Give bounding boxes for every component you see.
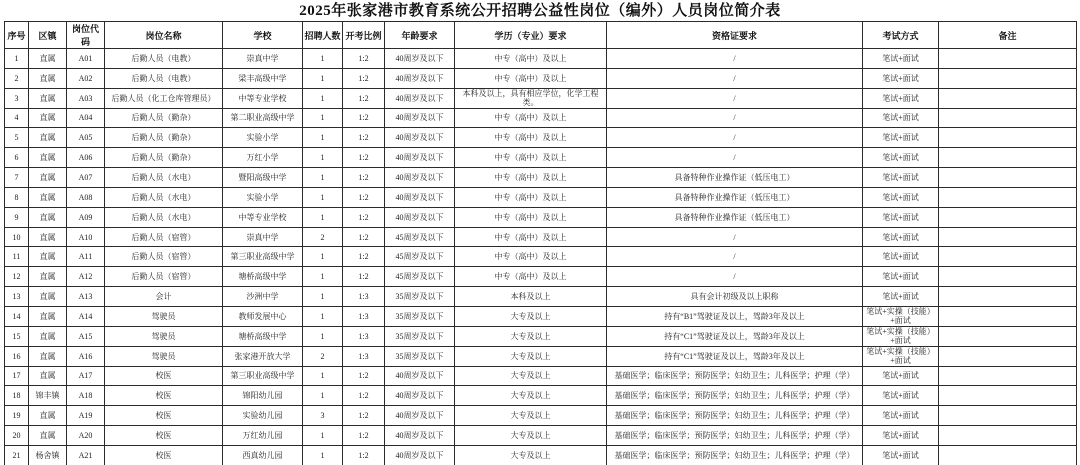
cell-certificate: 基础医学；临床医学；预防医学；妇幼卫生；儿科医学；护理（学） bbox=[607, 445, 863, 465]
cell-seq: 20 bbox=[5, 426, 29, 446]
cell-remark bbox=[939, 168, 1077, 188]
table-row: 14直属A14驾驶员教师发展中心11:335周岁及以下大专及以上持有“B1”驾驶… bbox=[5, 306, 1077, 326]
cell-school: 张家港开放大学 bbox=[223, 346, 303, 366]
cell-code: A16 bbox=[67, 346, 105, 366]
cell-school: 沙洲中学 bbox=[223, 287, 303, 307]
cell-education: 中专（高中）及以上 bbox=[455, 207, 607, 227]
column-header-remark: 备注 bbox=[939, 22, 1077, 49]
cell-school: 崇真中学 bbox=[223, 227, 303, 247]
table-row: 10直属A10后勤人员（宿管）崇真中学21:245周岁及以下中专（高中）及以上/… bbox=[5, 227, 1077, 247]
cell-headcount: 1 bbox=[303, 426, 343, 446]
cell-education: 中专（高中）及以上 bbox=[455, 227, 607, 247]
cell-seq: 18 bbox=[5, 386, 29, 406]
cell-certificate: / bbox=[607, 247, 863, 267]
table-row: 16直属A16驾驶员张家港开放大学21:335周岁及以下大专及以上持有“C1”驾… bbox=[5, 346, 1077, 366]
cell-ratio: 1:2 bbox=[343, 386, 385, 406]
cell-headcount: 1 bbox=[303, 326, 343, 346]
cell-education: 大专及以上 bbox=[455, 406, 607, 426]
cell-ratio: 1:2 bbox=[343, 445, 385, 465]
cell-code: A17 bbox=[67, 366, 105, 386]
cell-education: 中专（高中）及以上 bbox=[455, 49, 607, 69]
cell-district: 直属 bbox=[29, 187, 67, 207]
column-header-seq: 序号 bbox=[5, 22, 29, 49]
cell-code: A20 bbox=[67, 426, 105, 446]
cell-code: A07 bbox=[67, 168, 105, 188]
table-row: 21杨舍镇A21校医西真幼儿园11:240周岁及以下大专及以上基础医学；临床医学… bbox=[5, 445, 1077, 465]
cell-remark bbox=[939, 68, 1077, 88]
cell-remark bbox=[939, 346, 1077, 366]
cell-position: 后勤人员（电教） bbox=[105, 49, 223, 69]
table-row: 8直属A08后勤人员（水电）实验小学11:240周岁及以下中专（高中）及以上具备… bbox=[5, 187, 1077, 207]
cell-district: 直属 bbox=[29, 88, 67, 108]
cell-school: 塘桥高级中学 bbox=[223, 326, 303, 346]
cell-district: 锦丰镇 bbox=[29, 386, 67, 406]
page-title: 2025年张家港市教育系统公开招聘公益性岗位（编外）人员岗位简介表 bbox=[0, 0, 1080, 21]
cell-age: 40周岁及以下 bbox=[385, 148, 455, 168]
cell-education: 大专及以上 bbox=[455, 426, 607, 446]
cell-district: 直属 bbox=[29, 346, 67, 366]
cell-headcount: 1 bbox=[303, 49, 343, 69]
cell-ratio: 1:2 bbox=[343, 366, 385, 386]
cell-certificate: 具备特种作业操作证（低压电工） bbox=[607, 207, 863, 227]
cell-age: 40周岁及以下 bbox=[385, 88, 455, 108]
cell-position: 后勤人员（水电） bbox=[105, 207, 223, 227]
table-row: 7直属A07后勤人员（水电）暨阳高级中学11:240周岁及以下中专（高中）及以上… bbox=[5, 168, 1077, 188]
cell-headcount: 1 bbox=[303, 247, 343, 267]
cell-headcount: 1 bbox=[303, 68, 343, 88]
cell-school: 西真幼儿园 bbox=[223, 445, 303, 465]
cell-age: 35周岁及以下 bbox=[385, 326, 455, 346]
cell-school: 教师发展中心 bbox=[223, 306, 303, 326]
cell-code: A03 bbox=[67, 88, 105, 108]
cell-ratio: 1:2 bbox=[343, 49, 385, 69]
cell-code: A18 bbox=[67, 386, 105, 406]
cell-district: 直属 bbox=[29, 426, 67, 446]
cell-seq: 10 bbox=[5, 227, 29, 247]
cell-ratio: 1:2 bbox=[343, 426, 385, 446]
cell-school: 第二职业高级中学 bbox=[223, 108, 303, 128]
cell-age: 35周岁及以下 bbox=[385, 306, 455, 326]
cell-remark bbox=[939, 108, 1077, 128]
cell-remark bbox=[939, 287, 1077, 307]
cell-education: 大专及以上 bbox=[455, 366, 607, 386]
cell-seq: 1 bbox=[5, 49, 29, 69]
cell-education: 大专及以上 bbox=[455, 445, 607, 465]
cell-seq: 11 bbox=[5, 247, 29, 267]
cell-certificate: / bbox=[607, 49, 863, 69]
table-row: 4直属A04后勤人员（勤杂）第二职业高级中学11:240周岁及以下中专（高中）及… bbox=[5, 108, 1077, 128]
cell-position: 校医 bbox=[105, 386, 223, 406]
cell-remark bbox=[939, 88, 1077, 108]
cell-district: 直属 bbox=[29, 247, 67, 267]
cell-certificate: / bbox=[607, 68, 863, 88]
cell-headcount: 1 bbox=[303, 128, 343, 148]
cell-ratio: 1:2 bbox=[343, 187, 385, 207]
table-row: 17直属A17校医第三职业高级中学11:240周岁及以下大专及以上基础医学；临床… bbox=[5, 366, 1077, 386]
cell-school: 实验幼儿园 bbox=[223, 406, 303, 426]
cell-ratio: 1:2 bbox=[343, 88, 385, 108]
cell-seq: 13 bbox=[5, 287, 29, 307]
cell-headcount: 1 bbox=[303, 108, 343, 128]
cell-certificate: / bbox=[607, 108, 863, 128]
cell-age: 40周岁及以下 bbox=[385, 406, 455, 426]
cell-district: 直属 bbox=[29, 148, 67, 168]
cell-district: 直属 bbox=[29, 207, 67, 227]
cell-school: 第三职业高级中学 bbox=[223, 366, 303, 386]
cell-code: A14 bbox=[67, 306, 105, 326]
cell-age: 40周岁及以下 bbox=[385, 445, 455, 465]
cell-district: 直属 bbox=[29, 128, 67, 148]
cell-district: 直属 bbox=[29, 108, 67, 128]
cell-ratio: 1:3 bbox=[343, 306, 385, 326]
column-header-position: 岗位名称 bbox=[105, 22, 223, 49]
cell-exam: 笔试+实操（技能）+面试 bbox=[863, 326, 939, 346]
cell-age: 40周岁及以下 bbox=[385, 108, 455, 128]
cell-certificate: 持有“C1”驾驶证及以上，驾龄3年及以上 bbox=[607, 326, 863, 346]
cell-remark bbox=[939, 445, 1077, 465]
cell-exam: 笔试+面试 bbox=[863, 128, 939, 148]
table-row: 20直属A20校医万红幼儿园11:240周岁及以下大专及以上基础医学；临床医学；… bbox=[5, 426, 1077, 446]
cell-headcount: 1 bbox=[303, 445, 343, 465]
cell-certificate: 基础医学；临床医学；预防医学；妇幼卫生；儿科医学；护理（学） bbox=[607, 366, 863, 386]
cell-seq: 8 bbox=[5, 187, 29, 207]
cell-headcount: 1 bbox=[303, 207, 343, 227]
cell-position: 后勤人员（化工仓库管理员） bbox=[105, 88, 223, 108]
cell-certificate: / bbox=[607, 88, 863, 108]
cell-age: 40周岁及以下 bbox=[385, 386, 455, 406]
cell-seq: 4 bbox=[5, 108, 29, 128]
cell-education: 中专（高中）及以上 bbox=[455, 108, 607, 128]
cell-exam: 笔试+面试 bbox=[863, 88, 939, 108]
cell-school: 暨阳高级中学 bbox=[223, 168, 303, 188]
table-row: 15直属A15驾驶员塘桥高级中学11:335周岁及以下大专及以上持有“C1”驾驶… bbox=[5, 326, 1077, 346]
cell-exam: 笔试+面试 bbox=[863, 426, 939, 446]
cell-remark bbox=[939, 366, 1077, 386]
cell-certificate: 持有“B1”驾驶证及以上，驾龄3年及以上 bbox=[607, 306, 863, 326]
cell-headcount: 1 bbox=[303, 88, 343, 108]
cell-age: 45周岁及以下 bbox=[385, 247, 455, 267]
cell-code: A11 bbox=[67, 247, 105, 267]
cell-remark bbox=[939, 49, 1077, 69]
table-row: 3直属A03后勤人员（化工仓库管理员）中等专业学校11:240周岁及以下本科及以… bbox=[5, 88, 1077, 108]
table-row: 13直属A13会计沙洲中学11:335周岁及以下本科及以上具有会计初级及以上职称… bbox=[5, 287, 1077, 307]
job-roster-table: 序号区镇岗位代码岗位名称学校招聘人数开考比例年龄要求学历（专业）要求资格证要求考… bbox=[4, 21, 1077, 465]
cell-ratio: 1:2 bbox=[343, 168, 385, 188]
cell-position: 后勤人员（水电） bbox=[105, 168, 223, 188]
cell-headcount: 1 bbox=[303, 366, 343, 386]
cell-position: 驾驶员 bbox=[105, 346, 223, 366]
cell-code: A15 bbox=[67, 326, 105, 346]
cell-position: 校医 bbox=[105, 426, 223, 446]
cell-age: 45周岁及以下 bbox=[385, 227, 455, 247]
cell-position: 校医 bbox=[105, 406, 223, 426]
cell-exam: 笔试+面试 bbox=[863, 207, 939, 227]
cell-exam: 笔试+面试 bbox=[863, 187, 939, 207]
cell-remark bbox=[939, 227, 1077, 247]
cell-code: A21 bbox=[67, 445, 105, 465]
cell-education: 本科及以上，具有相应学位，化学工程类。 bbox=[455, 88, 607, 108]
column-header-school: 学校 bbox=[223, 22, 303, 49]
cell-exam: 笔试+面试 bbox=[863, 168, 939, 188]
cell-district: 直属 bbox=[29, 168, 67, 188]
cell-seq: 21 bbox=[5, 445, 29, 465]
cell-position: 驾驶员 bbox=[105, 326, 223, 346]
cell-headcount: 1 bbox=[303, 287, 343, 307]
cell-headcount: 3 bbox=[303, 406, 343, 426]
cell-district: 直属 bbox=[29, 306, 67, 326]
cell-exam: 笔试+面试 bbox=[863, 49, 939, 69]
cell-education: 中专（高中）及以上 bbox=[455, 187, 607, 207]
cell-code: A01 bbox=[67, 49, 105, 69]
cell-school: 实验小学 bbox=[223, 187, 303, 207]
cell-school: 万红小学 bbox=[223, 148, 303, 168]
header-row: 序号区镇岗位代码岗位名称学校招聘人数开考比例年龄要求学历（专业）要求资格证要求考… bbox=[5, 22, 1077, 49]
cell-school: 崇真中学 bbox=[223, 49, 303, 69]
cell-ratio: 1:2 bbox=[343, 227, 385, 247]
cell-seq: 2 bbox=[5, 68, 29, 88]
table-row: 9直属A09后勤人员（水电）中等专业学校11:240周岁及以下中专（高中）及以上… bbox=[5, 207, 1077, 227]
cell-district: 杨舍镇 bbox=[29, 445, 67, 465]
cell-age: 40周岁及以下 bbox=[385, 207, 455, 227]
cell-certificate: 持有“C1”驾驶证及以上，驾龄3年及以上 bbox=[607, 346, 863, 366]
cell-headcount: 1 bbox=[303, 267, 343, 287]
cell-exam: 笔试+面试 bbox=[863, 366, 939, 386]
cell-seq: 12 bbox=[5, 267, 29, 287]
cell-position: 会计 bbox=[105, 287, 223, 307]
cell-district: 直属 bbox=[29, 49, 67, 69]
cell-education: 中专（高中）及以上 bbox=[455, 68, 607, 88]
cell-school: 塘桥高级中学 bbox=[223, 267, 303, 287]
cell-position: 后勤人员（宿管） bbox=[105, 227, 223, 247]
cell-exam: 笔试+实操（技能）+面试 bbox=[863, 306, 939, 326]
cell-headcount: 1 bbox=[303, 148, 343, 168]
cell-code: A19 bbox=[67, 406, 105, 426]
cell-exam: 笔试+面试 bbox=[863, 247, 939, 267]
cell-ratio: 1:2 bbox=[343, 108, 385, 128]
table-header: 序号区镇岗位代码岗位名称学校招聘人数开考比例年龄要求学历（专业）要求资格证要求考… bbox=[5, 22, 1077, 49]
cell-age: 40周岁及以下 bbox=[385, 128, 455, 148]
cell-remark bbox=[939, 207, 1077, 227]
cell-certificate: / bbox=[607, 128, 863, 148]
cell-remark bbox=[939, 306, 1077, 326]
cell-exam: 笔试+面试 bbox=[863, 287, 939, 307]
cell-ratio: 1:2 bbox=[343, 247, 385, 267]
cell-remark bbox=[939, 148, 1077, 168]
cell-district: 直属 bbox=[29, 287, 67, 307]
cell-code: A10 bbox=[67, 227, 105, 247]
cell-ratio: 1:2 bbox=[343, 148, 385, 168]
cell-ratio: 1:2 bbox=[343, 128, 385, 148]
cell-position: 后勤人员（电教） bbox=[105, 68, 223, 88]
cell-district: 直属 bbox=[29, 326, 67, 346]
cell-ratio: 1:2 bbox=[343, 68, 385, 88]
cell-district: 直属 bbox=[29, 267, 67, 287]
table-row: 2直属A02后勤人员（电教）梁丰高级中学11:240周岁及以下中专（高中）及以上… bbox=[5, 68, 1077, 88]
cell-certificate: 具备特种作业操作证（低压电工） bbox=[607, 168, 863, 188]
cell-position: 后勤人员（宿管） bbox=[105, 267, 223, 287]
cell-remark bbox=[939, 128, 1077, 148]
cell-education: 大专及以上 bbox=[455, 306, 607, 326]
table-row: 11直属A11后勤人员（宿管）第三职业高级中学11:245周岁及以下中专（高中）… bbox=[5, 247, 1077, 267]
cell-position: 校医 bbox=[105, 445, 223, 465]
cell-remark bbox=[939, 187, 1077, 207]
cell-seq: 5 bbox=[5, 128, 29, 148]
cell-position: 校医 bbox=[105, 366, 223, 386]
cell-headcount: 2 bbox=[303, 227, 343, 247]
cell-exam: 笔试+面试 bbox=[863, 227, 939, 247]
cell-school: 实验小学 bbox=[223, 128, 303, 148]
cell-education: 中专（高中）及以上 bbox=[455, 267, 607, 287]
cell-remark bbox=[939, 386, 1077, 406]
cell-certificate: 具有会计初级及以上职称 bbox=[607, 287, 863, 307]
cell-headcount: 1 bbox=[303, 306, 343, 326]
cell-exam: 笔试+面试 bbox=[863, 406, 939, 426]
cell-remark bbox=[939, 406, 1077, 426]
cell-school: 中等专业学校 bbox=[223, 88, 303, 108]
cell-remark bbox=[939, 426, 1077, 446]
column-header-age: 年龄要求 bbox=[385, 22, 455, 49]
cell-education: 大专及以上 bbox=[455, 326, 607, 346]
cell-headcount: 2 bbox=[303, 346, 343, 366]
cell-certificate: 具备特种作业操作证（低压电工） bbox=[607, 187, 863, 207]
cell-education: 中专（高中）及以上 bbox=[455, 247, 607, 267]
column-header-district: 区镇 bbox=[29, 22, 67, 49]
cell-position: 后勤人员（勤杂） bbox=[105, 148, 223, 168]
cell-certificate: 基础医学；临床医学；预防医学；妇幼卫生；儿科医学；护理（学） bbox=[607, 386, 863, 406]
cell-seq: 14 bbox=[5, 306, 29, 326]
cell-code: A09 bbox=[67, 207, 105, 227]
cell-position: 后勤人员（水电） bbox=[105, 187, 223, 207]
column-header-ratio: 开考比例 bbox=[343, 22, 385, 49]
cell-certificate: / bbox=[607, 227, 863, 247]
cell-education: 中专（高中）及以上 bbox=[455, 128, 607, 148]
cell-district: 直属 bbox=[29, 227, 67, 247]
cell-district: 直属 bbox=[29, 68, 67, 88]
cell-ratio: 1:2 bbox=[343, 267, 385, 287]
cell-education: 中专（高中）及以上 bbox=[455, 168, 607, 188]
cell-age: 40周岁及以下 bbox=[385, 68, 455, 88]
cell-education: 本科及以上 bbox=[455, 287, 607, 307]
table-row: 18锦丰镇A18校医锦阳幼儿园11:240周岁及以下大专及以上基础医学；临床医学… bbox=[5, 386, 1077, 406]
cell-exam: 笔试+面试 bbox=[863, 386, 939, 406]
cell-district: 直属 bbox=[29, 366, 67, 386]
cell-education: 中专（高中）及以上 bbox=[455, 148, 607, 168]
cell-seq: 6 bbox=[5, 148, 29, 168]
cell-ratio: 1:3 bbox=[343, 287, 385, 307]
cell-school: 中等专业学校 bbox=[223, 207, 303, 227]
cell-age: 35周岁及以下 bbox=[385, 287, 455, 307]
cell-exam: 笔试+面试 bbox=[863, 108, 939, 128]
cell-position: 后勤人员（宿管） bbox=[105, 247, 223, 267]
cell-ratio: 1:3 bbox=[343, 346, 385, 366]
column-header-education: 学历（专业）要求 bbox=[455, 22, 607, 49]
cell-seq: 9 bbox=[5, 207, 29, 227]
column-header-exam: 考试方式 bbox=[863, 22, 939, 49]
column-header-code: 岗位代码 bbox=[67, 22, 105, 49]
cell-headcount: 1 bbox=[303, 168, 343, 188]
cell-exam: 笔试+面试 bbox=[863, 267, 939, 287]
cell-age: 40周岁及以下 bbox=[385, 187, 455, 207]
cell-school: 万红幼儿园 bbox=[223, 426, 303, 446]
column-header-headcount: 招聘人数 bbox=[303, 22, 343, 49]
job-roster-page: 2025年张家港市教育系统公开招聘公益性岗位（编外）人员岗位简介表 序号区镇岗位… bbox=[0, 0, 1080, 465]
cell-exam: 笔试+实操（技能）+面试 bbox=[863, 346, 939, 366]
table-row: 6直属A06后勤人员（勤杂）万红小学11:240周岁及以下中专（高中）及以上/笔… bbox=[5, 148, 1077, 168]
cell-exam: 笔试+面试 bbox=[863, 68, 939, 88]
cell-seq: 7 bbox=[5, 168, 29, 188]
cell-code: A06 bbox=[67, 148, 105, 168]
cell-certificate: 基础医学；临床医学；预防医学；妇幼卫生；儿科医学；护理（学） bbox=[607, 406, 863, 426]
cell-headcount: 1 bbox=[303, 386, 343, 406]
cell-age: 35周岁及以下 bbox=[385, 346, 455, 366]
cell-age: 40周岁及以下 bbox=[385, 168, 455, 188]
cell-certificate: 基础医学；临床医学；预防医学；妇幼卫生；儿科医学；护理（学） bbox=[607, 426, 863, 446]
cell-seq: 19 bbox=[5, 406, 29, 426]
cell-exam: 笔试+面试 bbox=[863, 445, 939, 465]
table-row: 1直属A01后勤人员（电教）崇真中学11:240周岁及以下中专（高中）及以上/笔… bbox=[5, 49, 1077, 69]
cell-district: 直属 bbox=[29, 406, 67, 426]
cell-code: A13 bbox=[67, 287, 105, 307]
cell-school: 第三职业高级中学 bbox=[223, 247, 303, 267]
table-body: 1直属A01后勤人员（电教）崇真中学11:240周岁及以下中专（高中）及以上/笔… bbox=[5, 49, 1077, 465]
cell-age: 45周岁及以下 bbox=[385, 267, 455, 287]
cell-education: 大专及以上 bbox=[455, 386, 607, 406]
cell-age: 40周岁及以下 bbox=[385, 366, 455, 386]
cell-certificate: / bbox=[607, 148, 863, 168]
cell-remark bbox=[939, 326, 1077, 346]
table-row: 12直属A12后勤人员（宿管）塘桥高级中学11:245周岁及以下中专（高中）及以… bbox=[5, 267, 1077, 287]
cell-headcount: 1 bbox=[303, 187, 343, 207]
cell-certificate: / bbox=[607, 267, 863, 287]
cell-code: A05 bbox=[67, 128, 105, 148]
cell-ratio: 1:3 bbox=[343, 326, 385, 346]
cell-age: 40周岁及以下 bbox=[385, 426, 455, 446]
cell-exam: 笔试+面试 bbox=[863, 148, 939, 168]
cell-seq: 3 bbox=[5, 88, 29, 108]
column-header-certificate: 资格证要求 bbox=[607, 22, 863, 49]
cell-code: A12 bbox=[67, 267, 105, 287]
table-row: 19直属A19校医实验幼儿园31:240周岁及以下大专及以上基础医学；临床医学；… bbox=[5, 406, 1077, 426]
cell-remark bbox=[939, 247, 1077, 267]
cell-code: A02 bbox=[67, 68, 105, 88]
cell-remark bbox=[939, 267, 1077, 287]
cell-seq: 15 bbox=[5, 326, 29, 346]
cell-ratio: 1:2 bbox=[343, 207, 385, 227]
cell-ratio: 1:2 bbox=[343, 406, 385, 426]
cell-position: 后勤人员（勤杂） bbox=[105, 108, 223, 128]
table-row: 5直属A05后勤人员（勤杂）实验小学11:240周岁及以下中专（高中）及以上/笔… bbox=[5, 128, 1077, 148]
cell-position: 后勤人员（勤杂） bbox=[105, 128, 223, 148]
cell-code: A04 bbox=[67, 108, 105, 128]
cell-position: 驾驶员 bbox=[105, 306, 223, 326]
cell-age: 40周岁及以下 bbox=[385, 49, 455, 69]
cell-seq: 17 bbox=[5, 366, 29, 386]
cell-seq: 16 bbox=[5, 346, 29, 366]
cell-school: 梁丰高级中学 bbox=[223, 68, 303, 88]
cell-education: 大专及以上 bbox=[455, 346, 607, 366]
cell-school: 锦阳幼儿园 bbox=[223, 386, 303, 406]
cell-code: A08 bbox=[67, 187, 105, 207]
